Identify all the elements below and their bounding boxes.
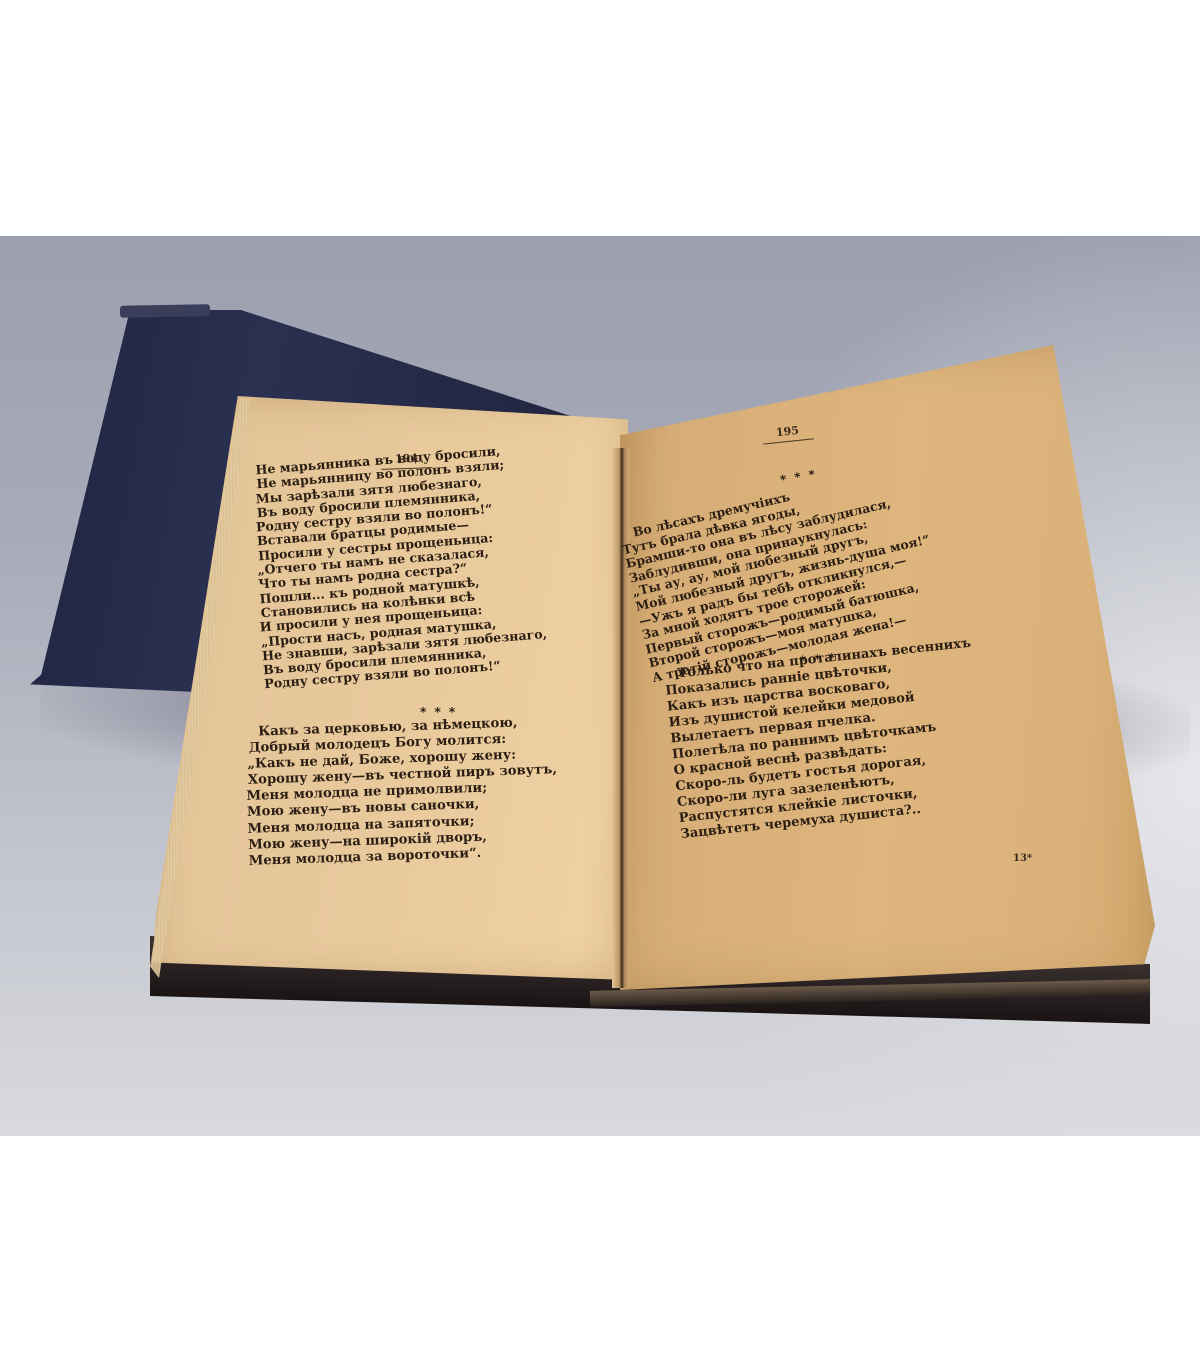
book-cover-edge xyxy=(120,304,210,318)
signature-mark: 13* xyxy=(1013,853,1032,864)
left-poem-2: Какъ за церковью, за нѣмецкою, Добрый мо… xyxy=(244,714,560,870)
right-page-number: 195 xyxy=(775,424,799,439)
right-poem-2: Только что на проталинахъ весеннихъ Пока… xyxy=(663,636,989,843)
left-poem-1: Не марьянника въ воду бросили, Не марьян… xyxy=(247,442,550,692)
